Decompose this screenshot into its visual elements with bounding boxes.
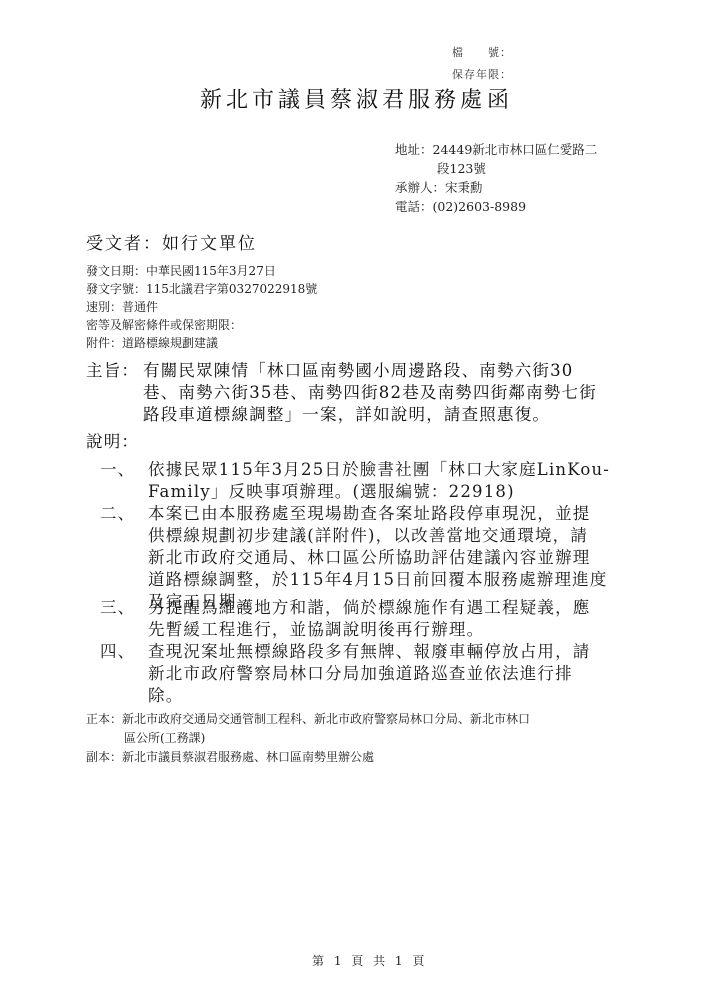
phone-label: 電話： (395, 199, 433, 214)
handler-label: 承辦人： (395, 180, 445, 195)
item-line: 依據民眾115年3月25日於臉書社團「林口大家庭LinKou- (148, 459, 610, 481)
item-number: 四、 (100, 641, 148, 707)
issue-date-line: 發文日期：中華民國115年3月27日 (86, 262, 317, 280)
item-line: 除。 (148, 685, 591, 707)
subject-line: 巷、南勢六街35巷、南勢四街82巷及南勢四街鄰南勢七街 (143, 382, 597, 404)
item-line: 供標線規劃初步建議(詳附件)，以改善當地交通環境，請 (148, 525, 608, 547)
item-line: Family」反映事項辦理。(選服編號：22918) (148, 481, 610, 503)
original-label: 正本： (86, 712, 122, 726)
original-line-2: 區公所(工務課) (86, 729, 530, 748)
recipient-value: 如行文單位 (162, 234, 257, 254)
subject-text: 有關民眾陳情「林口區南勢國小周邊路段、南勢六街30 巷、南勢六街35巷、南勢四街… (143, 360, 597, 426)
copy-label: 副本： (86, 750, 122, 764)
item-line: 道路標線調整，於115年4月15日前回覆本服務處辦理進度 (148, 569, 608, 591)
address-line: 地址：24449新北市林口區仁愛路二 (395, 140, 597, 159)
item-line: 新北市政府交通局、林口區公所協助評估建議內容並辦理 (148, 547, 608, 569)
phone-line: 電話：(02)2603-8989 (395, 197, 597, 216)
original-value: 新北市政府交通局交通管制工程科、新北市政府警察局林口分局、新北市林口 (122, 712, 530, 726)
subject-line: 路段車道標線調整」一案，詳如說明，請查照惠復。 (143, 404, 597, 426)
doc-number-line: 發文字號：115北議君字第0327022918號 (86, 280, 317, 298)
handler-value: 宋秉勳 (445, 180, 483, 195)
copy-line: 副本：新北市議員蔡淑君服務處、林口區南勢里辦公處 (86, 748, 530, 767)
explanation-label: 說明： (86, 431, 139, 453)
secrecy-line: 密等及解密條件或保密期限： (86, 316, 317, 334)
speed-value: 普通件 (122, 300, 158, 314)
speed-line: 速別：普通件 (86, 298, 317, 316)
item-number: 一、 (100, 459, 148, 503)
handler-line: 承辦人：宋秉勳 (395, 178, 597, 197)
explanation-item-1: 一、 依據民眾115年3月25日於臉書社團「林口大家庭LinKou- Famil… (100, 459, 610, 503)
recipient-line: 受文者：如行文單位 (86, 229, 257, 254)
subject-label: 主旨： (86, 360, 139, 382)
phone-value: (02)2603-8989 (433, 199, 527, 214)
issue-date-label: 發文日期： (86, 264, 146, 278)
item-line: 查現況案址無標線路段多有無牌、報廢車輛停放占用，請 (148, 641, 591, 663)
document-title: 新北市議員蔡淑君服務處 (200, 83, 486, 114)
document-type: 函 (487, 83, 509, 114)
attachment-label: 附件： (86, 336, 122, 350)
address-value: 24449新北市林口區仁愛路二 (433, 142, 598, 157)
item-line: 另提醒為維護地方和諧，倘於標線施作有遇工程疑義，應 (148, 597, 591, 619)
doc-number-value: 115北議君字第0327022918號 (146, 282, 317, 296)
distribution-block: 正本：新北市政府交通局交通管制工程科、新北市政府警察局林口分局、新北市林口 區公… (86, 710, 530, 767)
doc-info-block: 發文日期：中華民國115年3月27日 發文字號：115北議君字第03270229… (86, 262, 317, 352)
recipient-label: 受文者： (86, 234, 162, 254)
item-line: 新北市政府警察局林口分局加強道路巡查並依法進行排 (148, 663, 591, 685)
address-line-2: 段123號 (395, 159, 597, 178)
issue-date-value: 中華民國115年3月27日 (146, 264, 276, 278)
item-text: 依據民眾115年3月25日於臉書社團「林口大家庭LinKou- Family」反… (148, 459, 610, 503)
copy-value: 新北市議員蔡淑君服務處、林口區南勢里辦公處 (122, 750, 374, 764)
item-text: 查現況案址無標線路段多有無牌、報廢車輛停放占用，請 新北市政府警察局林口分局加強… (148, 641, 591, 707)
subject-line: 有關民眾陳情「林口區南勢國小周邊路段、南勢六街30 (143, 360, 597, 382)
item-text: 另提醒為維護地方和諧，倘於標線施作有遇工程疑義，應 先暫緩工程進行，並協調說明後… (148, 597, 591, 641)
attachment-line: 附件：道路標線規劃建議 (86, 334, 317, 352)
file-number-label: 檔 號： (452, 44, 512, 60)
item-number: 三、 (100, 597, 148, 641)
page-number: 第 1 頁 共 1 頁 (312, 952, 427, 969)
contact-block: 地址：24449新北市林口區仁愛路二 段123號 承辦人：宋秉勳 電話：(02)… (395, 140, 597, 216)
secrecy-label: 密等及解密條件或保密期限： (86, 318, 242, 332)
original-line: 正本：新北市政府交通局交通管制工程科、新北市政府警察局林口分局、新北市林口 (86, 710, 530, 729)
item-line: 本案已由本服務處至現場勘查各案址路段停車現況，並提 (148, 503, 608, 525)
explanation-item-3: 三、 另提醒為維護地方和諧，倘於標線施作有遇工程疑義，應 先暫緩工程進行，並協調… (100, 597, 591, 641)
address-label: 地址： (395, 142, 433, 157)
explanation-item-4: 四、 查現況案址無標線路段多有無牌、報廢車輛停放占用，請 新北市政府警察局林口分… (100, 641, 591, 707)
retention-label: 保存年限： (452, 66, 512, 82)
attachment-value: 道路標線規劃建議 (122, 336, 218, 350)
item-line: 先暫緩工程進行，並協調說明後再行辦理。 (148, 619, 591, 641)
speed-label: 速別： (86, 300, 122, 314)
doc-number-label: 發文字號： (86, 282, 146, 296)
